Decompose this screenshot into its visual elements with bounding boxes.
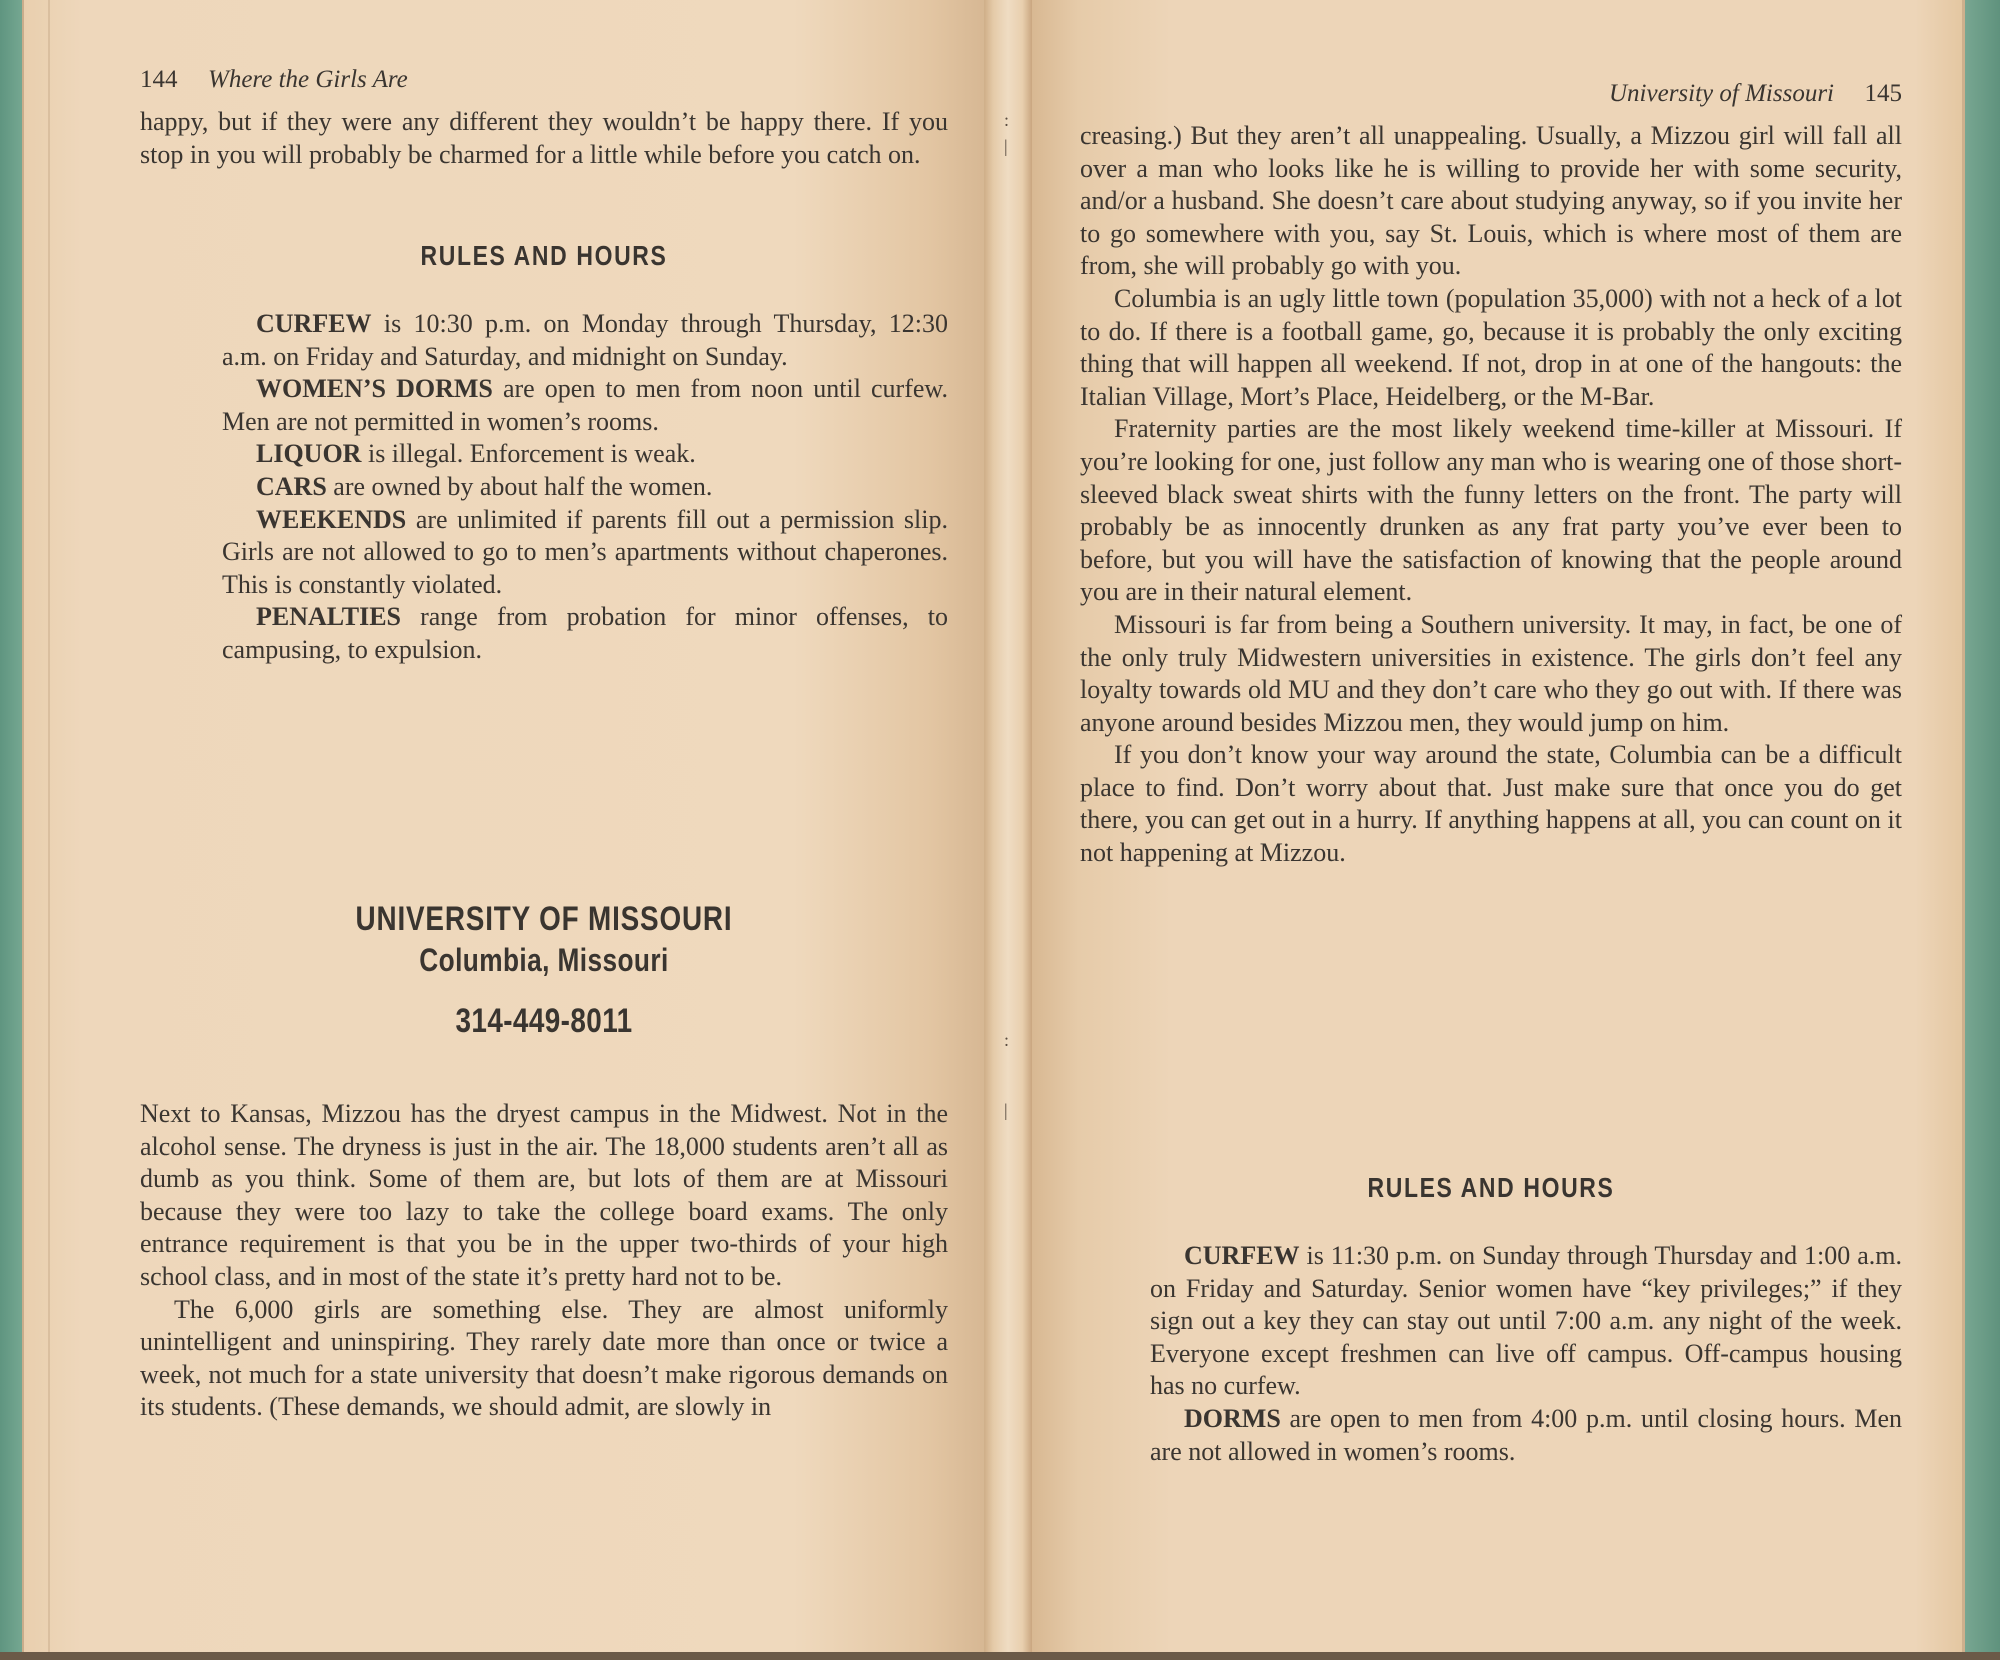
section-heading-rules: RULES AND HOURS	[213, 240, 876, 272]
page-number: 145	[1865, 80, 1903, 107]
rule-keyword: WOMEN’S DORMS	[256, 374, 493, 403]
university-location: Columbia, Missouri	[213, 942, 876, 979]
rules-list: CURFEW is 10:30 p.m. on Monday through T…	[222, 308, 948, 667]
gutter-mark: :	[1004, 1030, 1009, 1051]
paragraph: Columbia is an ugly little town (populat…	[1080, 283, 1902, 413]
book-cover-right-edge	[1962, 0, 2000, 1660]
rule-keyword: LIQUOR	[256, 439, 361, 468]
page-number: 144	[140, 66, 178, 93]
running-title: Where the Girls Are	[208, 66, 408, 93]
rule-keyword: PENALTIES	[256, 602, 401, 631]
paragraph: Fraternity parties are the most likely w…	[1080, 413, 1902, 609]
paragraph: happy, but if they were any different th…	[140, 106, 948, 171]
paragraph: The 6,000 girls are something else. They…	[140, 1294, 948, 1424]
rule-penalties: PENALTIES range from probation for minor…	[222, 601, 948, 666]
book-bottom-edge	[0, 1652, 2000, 1660]
rule-keyword: CARS	[256, 472, 327, 501]
paragraph: If you don’t know your way around the st…	[1080, 739, 1902, 869]
rule-weekends: WEEKENDS are unlimited if parents fill o…	[222, 504, 948, 602]
rule-curfew: CURFEW is 10:30 p.m. on Monday through T…	[222, 308, 948, 373]
rule-keyword: DORMS	[1184, 1404, 1281, 1433]
rules-list: CURFEW is 11:30 p.m. on Sunday through T…	[1150, 1240, 1902, 1468]
rule-womens-dorms: WOMEN’S DORMS are open to men from noon …	[222, 373, 948, 438]
university-name: UNIVERSITY OF MISSOURI	[213, 900, 876, 939]
paragraph: creasing.) But they aren’t all unappeali…	[1080, 120, 1902, 283]
gutter-mark: |	[1004, 136, 1008, 157]
university-body: Next to Kansas, Mizzou has the dryest ca…	[140, 1098, 948, 1424]
rule-keyword: CURFEW	[256, 309, 372, 338]
left-page: 144 Where the Girls Are happy, but if th…	[22, 0, 986, 1655]
rule-curfew: CURFEW is 11:30 p.m. on Sunday through T…	[1150, 1240, 1902, 1403]
intro-continuation: happy, but if they were any different th…	[140, 106, 948, 171]
paragraph: Missouri is far from being a Southern un…	[1080, 609, 1902, 739]
university-phone: 314-449-8011	[213, 1002, 876, 1041]
rule-cars: CARS are owned by about half the women.	[222, 471, 948, 504]
rule-keyword: WEEKENDS	[256, 505, 406, 534]
book-gutter: : | : |	[984, 0, 1032, 1655]
gutter-mark: |	[1004, 1100, 1008, 1121]
left-running-head: 144 Where the Girls Are	[140, 66, 408, 94]
rule-text: is illegal. Enforcement is weak.	[361, 439, 695, 468]
gutter-mark: :	[1004, 110, 1009, 131]
right-running-head: University of Missouri 145	[1609, 80, 1902, 108]
rule-text: are owned by about half the women.	[327, 472, 713, 501]
rule-keyword: CURFEW	[1184, 1241, 1300, 1270]
paragraph: Next to Kansas, Mizzou has the dryest ca…	[140, 1098, 948, 1294]
rule-liquor: LIQUOR is illegal. Enforcement is weak.	[222, 438, 948, 471]
university-body-continued: creasing.) But they aren’t all unappeali…	[1080, 120, 1902, 870]
right-page: University of Missouri 145 creasing.) Bu…	[1032, 0, 1965, 1655]
section-heading-rules: RULES AND HOURS	[1154, 1172, 1828, 1204]
running-title: University of Missouri	[1609, 80, 1834, 107]
rule-dorms: DORMS are open to men from 4:00 p.m. unt…	[1150, 1403, 1902, 1468]
